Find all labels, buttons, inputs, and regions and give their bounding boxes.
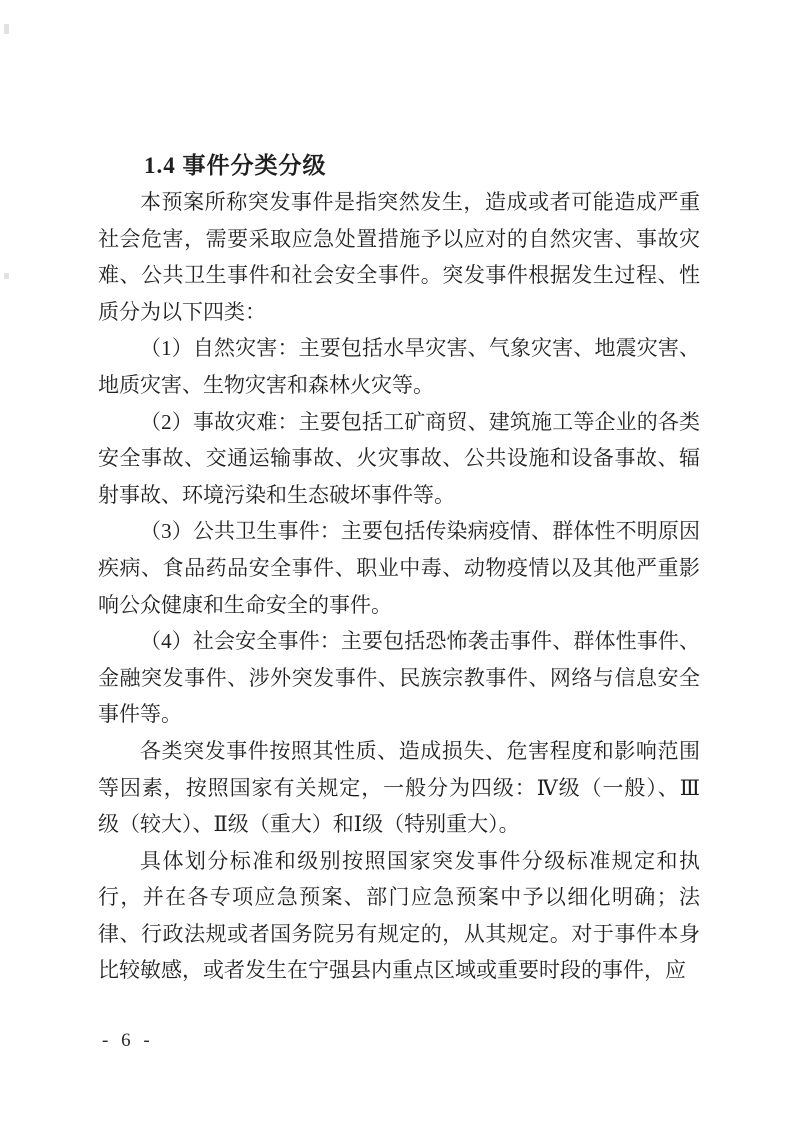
page-number: - 6 - <box>102 1030 154 1052</box>
document-page: 1.4 事件分类分级 本预案所称突发事件是指突然发生，造成或者可能造成严重社会危… <box>0 0 793 1122</box>
text-line: （2）事故灾难：主要包括工矿商贸、建筑施工等企业的各类 <box>98 404 700 441</box>
text-line: （1）自然灾害：主要包括水旱灾害、气象灾害、地震灾害、 <box>98 330 700 367</box>
body-text: 本预案所称突发事件是指突然发生，造成或者可能造成严重社会危害，需要采取应急处置措… <box>98 184 700 989</box>
text-line: 安全事故、交通运输事故、火灾事故、公共设施和设备事故、辐 <box>98 440 700 477</box>
text-line: 事件等。 <box>98 696 700 733</box>
scan-artifact <box>4 24 9 34</box>
text-line: 等因素，按照国家有关规定，一般分为四级：Ⅳ级（一般）、Ⅲ <box>98 770 700 807</box>
text-line: 社会危害，需要采取应急处置措施予以应对的自然灾害、事故灾 <box>98 221 700 258</box>
paragraph: 各类突发事件按照其性质、造成损失、危害程度和影响范围等因素，按照国家有关规定，一… <box>98 733 700 843</box>
text-line: 律、行政法规或者国务院另有规定的，从其规定。对于事件本身 <box>98 916 700 953</box>
text-line: （3）公共卫生事件：主要包括传染病疫情、群体性不明原因 <box>98 513 700 550</box>
paragraph: （4）社会安全事件：主要包括恐怖袭击事件、群体性事件、金融突发事件、涉外突发事件… <box>98 623 700 733</box>
text-line: 疾病、食品药品安全事件、职业中毒、动物疫情以及其他严重影 <box>98 550 700 587</box>
text-line: （4）社会安全事件：主要包括恐怖袭击事件、群体性事件、 <box>98 623 700 660</box>
text-line: 质分为以下四类： <box>98 294 700 331</box>
text-line: 难、公共卫生事件和社会安全事件。突发事件根据发生过程、性 <box>98 257 700 294</box>
paragraph: （2）事故灾难：主要包括工矿商贸、建筑施工等企业的各类安全事故、交通运输事故、火… <box>98 404 700 514</box>
section-heading: 1.4 事件分类分级 <box>98 147 700 184</box>
text-line: 地质灾害、生物灾害和森林火灾等。 <box>98 367 700 404</box>
text-line: 本预案所称突发事件是指突然发生，造成或者可能造成严重 <box>98 184 700 221</box>
text-line: 行，并在各专项应急预案、部门应急预案中予以细化明确；法 <box>98 879 700 916</box>
text-line: 具体划分标准和级别按照国家突发事件分级标准规定和执 <box>98 843 700 880</box>
paragraph: 具体划分标准和级别按照国家突发事件分级标准规定和执行，并在各专项应急预案、部门应… <box>98 843 700 989</box>
text-line: 响公众健康和生命安全的事件。 <box>98 587 700 624</box>
text-line: 金融突发事件、涉外突发事件、民族宗教事件、网络与信息安全 <box>98 660 700 697</box>
text-line: 射事故、环境污染和生态破坏事件等。 <box>98 477 700 514</box>
paragraph: 本预案所称突发事件是指突然发生，造成或者可能造成严重社会危害，需要采取应急处置措… <box>98 184 700 330</box>
text-line: 级（较大）、Ⅱ级（重大）和Ⅰ级（特别重大）。 <box>98 806 700 843</box>
text-line: 比较敏感，或者发生在宁强县内重点区域或重要时段的事件，应 <box>98 952 700 989</box>
page-content: 1.4 事件分类分级 本预案所称突发事件是指突然发生，造成或者可能造成严重社会危… <box>98 147 700 989</box>
scan-artifact <box>4 273 9 279</box>
paragraph: （3）公共卫生事件：主要包括传染病疫情、群体性不明原因疾病、食品药品安全事件、职… <box>98 513 700 623</box>
text-line: 各类突发事件按照其性质、造成损失、危害程度和影响范围 <box>98 733 700 770</box>
paragraph: （1）自然灾害：主要包括水旱灾害、气象灾害、地震灾害、地质灾害、生物灾害和森林火… <box>98 330 700 403</box>
